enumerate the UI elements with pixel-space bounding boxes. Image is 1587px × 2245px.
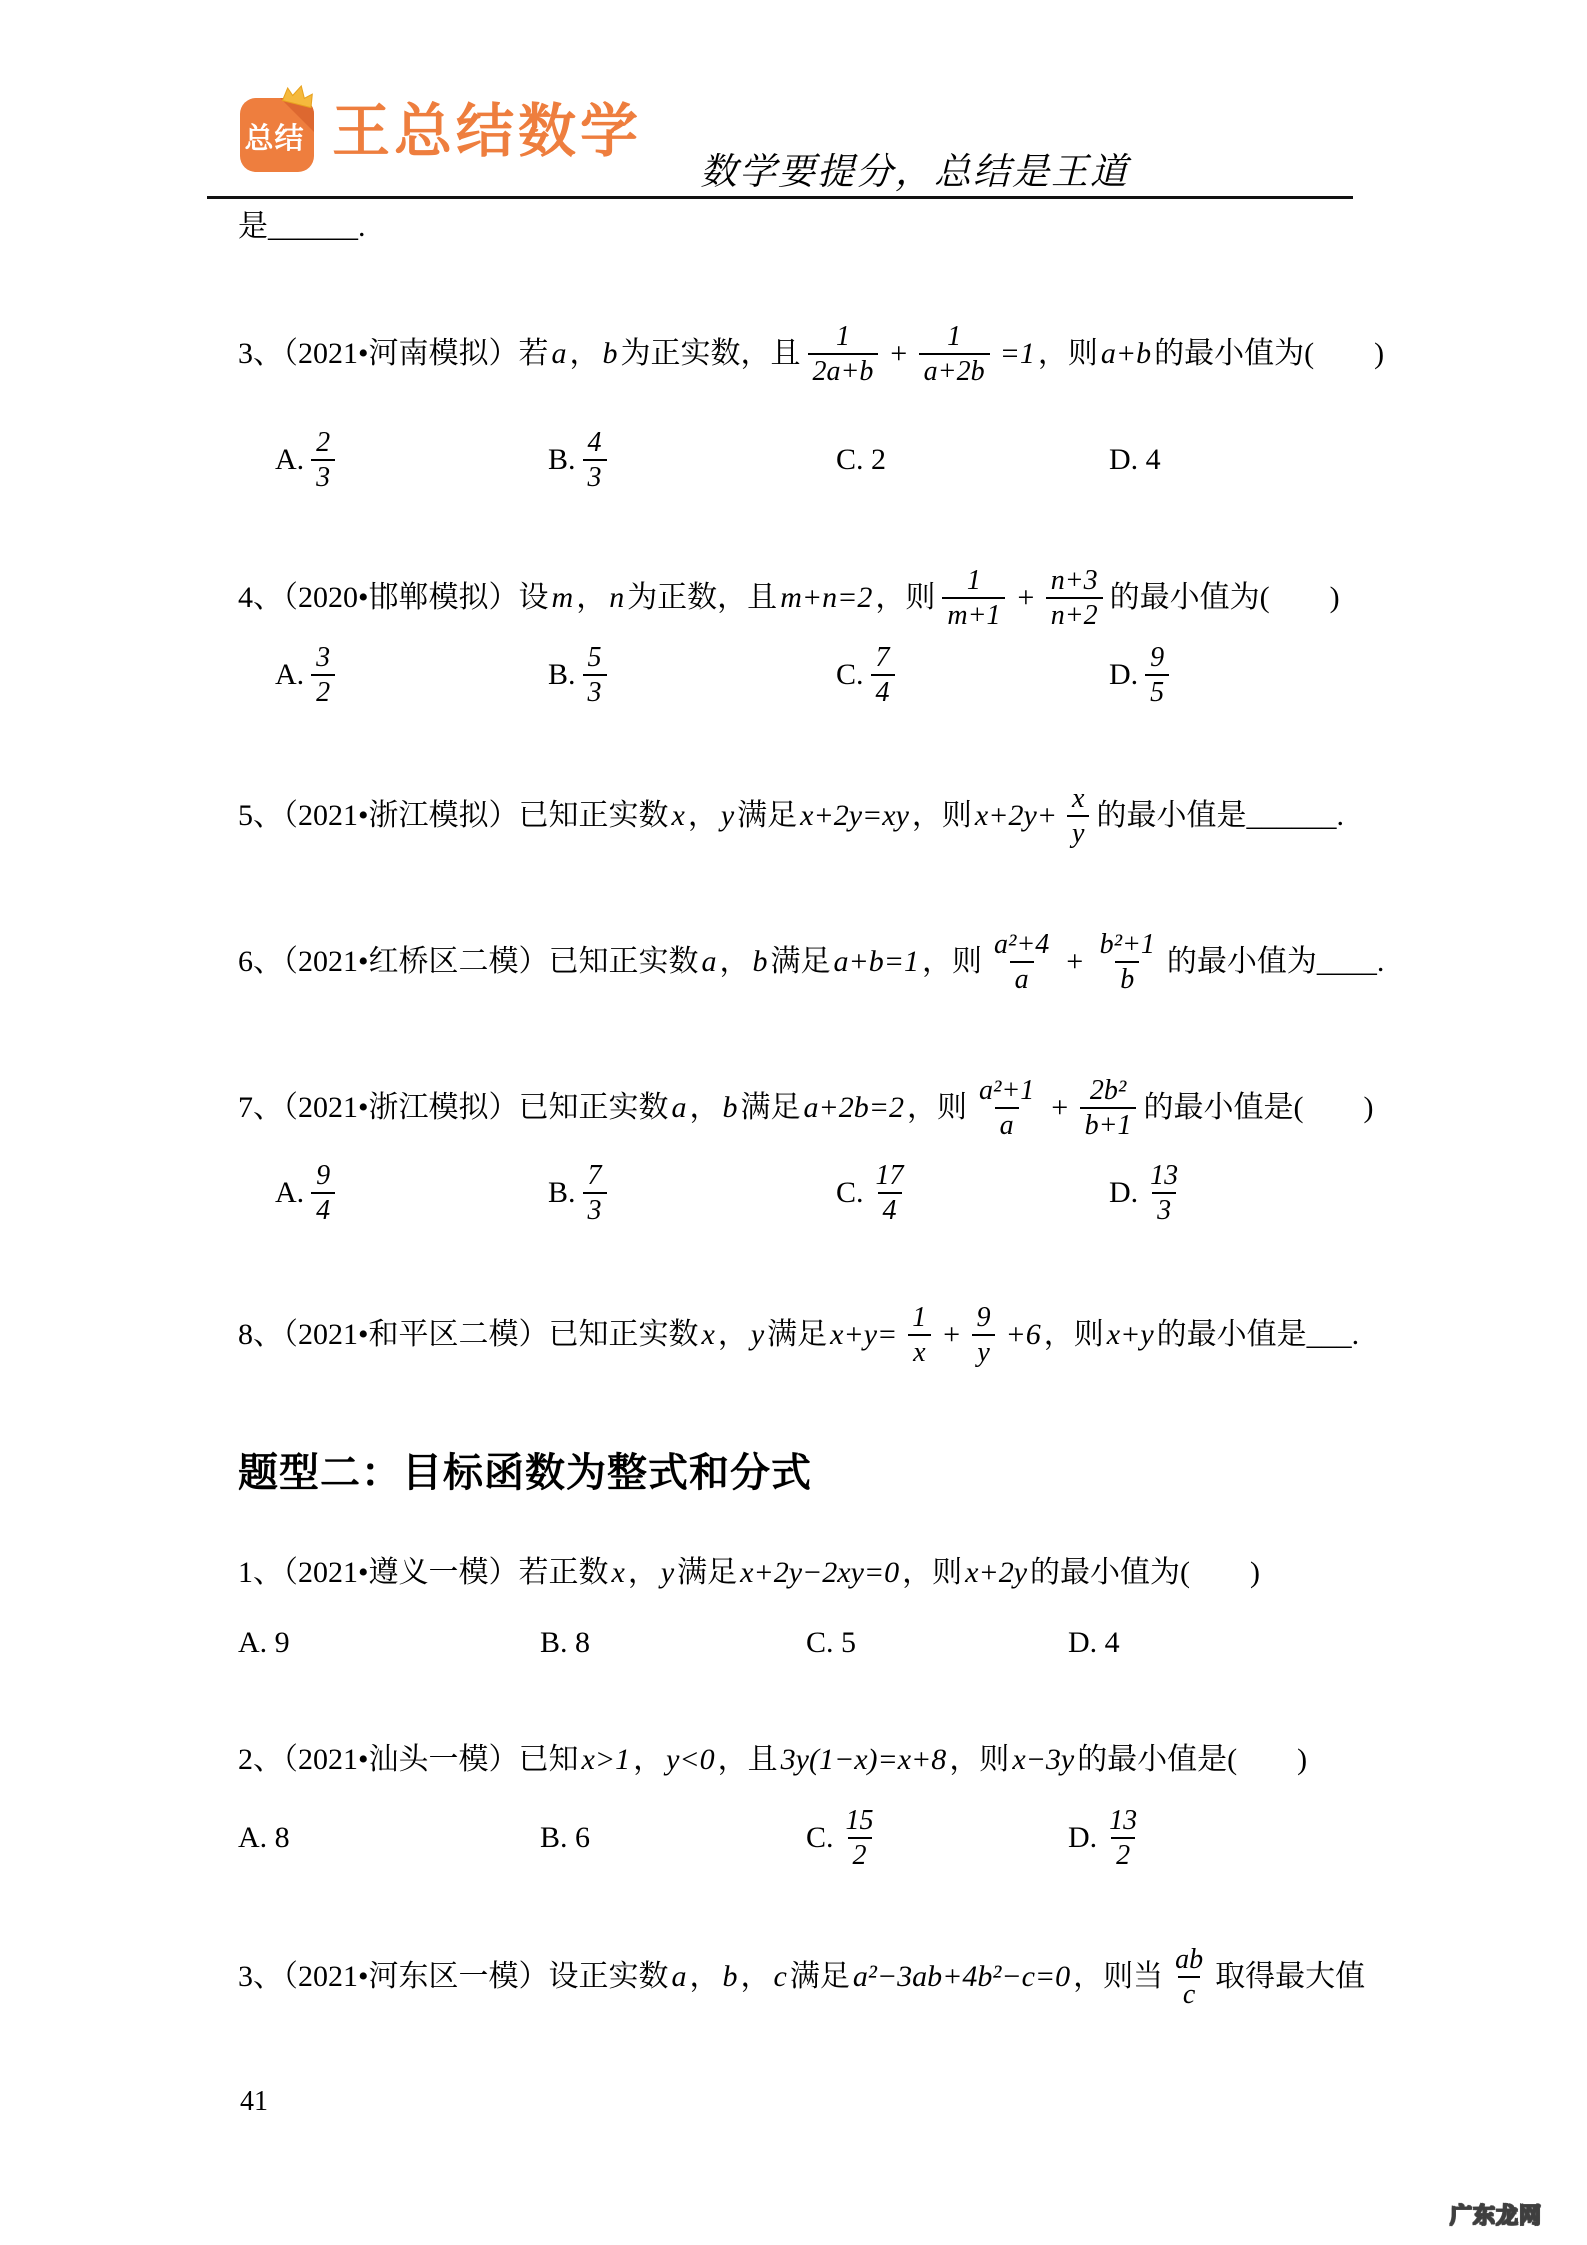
option-d: D. 4 [1068,1621,1120,1665]
option-d: D. 133 [1109,1149,1190,1237]
watermark: 广东龙网 [1450,2199,1542,2230]
option-c: C. 174 [836,1149,916,1237]
option-b: B. 53 [548,631,614,719]
s2-problem-1-options: A. 9 B. 8 C. 5 D. 4 [238,1621,1418,1665]
problem-5-statement: 5、（2021•浙江模拟）已知正实数x，y满足x+2y=xy，则x+2y+xy的… [238,772,1418,860]
option-c: C. 74 [836,631,902,719]
problem-3-options: A. 23 B. 43 C. 2 D. 4 [238,414,1418,506]
option-a: A. 8 [238,1794,290,1882]
problem-4-options: A. 32 B. 53 C. 74 D. 95 [238,631,1418,719]
option-c: C. 152 [806,1794,886,1882]
option-b: B. 8 [540,1621,590,1665]
option-d: D. 132 [1068,1794,1149,1882]
option-a: A. 32 [275,631,342,719]
s2-problem-2-options: A. 8 B. 6 C. 152 D. 132 [238,1794,1418,1882]
s2-problem-2-statement: 2、（2021•汕头一模）已知x>1，y<0，且3y(1−x)=x+8，则x−3… [238,1738,1418,1782]
brand-name: 王总结数学 [332,100,642,164]
problem-4-statement: 4、（2020•邯郸模拟）设m，n为正数，且m+n=2，则1m+1+n+3n+2… [238,554,1418,642]
problem-7-statement: 7、（2021•浙江模拟）已知正实数a，b满足a+2b=2，则a²+1a+2b²… [238,1064,1418,1152]
problem-8-statement: 8、（2021•和平区二模）已知正实数x，y满足x+y=1x+9y+6，则x+y… [238,1291,1418,1379]
carryover-line: 是______. [238,205,1418,249]
page-number: 41 [240,2086,268,2118]
header-divider [207,196,1353,199]
option-c: C. 5 [806,1621,856,1665]
logo-badge-text: 总结 [240,116,309,157]
s2-problem-3-statement: 3、（2021•河东区一模）设正实数a，b，c满足a²−3ab+4b²−c=0，… [238,1933,1418,2021]
problem-6-statement: 6、（2021•红桥区二模）已知正实数a，b满足a+b=1，则a²+4a+b²+… [238,918,1418,1006]
worksheet-page: 总结 王总结数学 数学要提分，总结是王道 是______. 3、（2021•河南… [0,0,1587,2245]
section-2-heading: 题型二：目标函数为整式和分式 [238,1441,812,1498]
option-b: B. 73 [548,1149,614,1237]
option-a: A. 23 [275,414,342,506]
option-b: B. 6 [540,1794,590,1882]
problem-7-options: A. 94 B. 73 C. 174 D. 133 [238,1149,1418,1237]
option-d: D. 4 [1109,414,1161,506]
s2-problem-1-statement: 1、（2021•遵义一模）若正数x，y满足x+2y−2xy=0，则x+2y的最小… [238,1551,1418,1595]
option-a: A. 9 [238,1621,290,1665]
problem-3-statement: 3、（2021•河南模拟）若a，b为正实数，且12a+b+1a+2b=1，则a+… [238,310,1418,398]
header-tagline: 数学要提分，总结是王道 [700,141,1129,195]
option-d: D. 95 [1109,631,1176,719]
option-b: B. 43 [548,414,614,506]
option-c: C. 2 [836,414,886,506]
option-a: A. 94 [275,1149,342,1237]
